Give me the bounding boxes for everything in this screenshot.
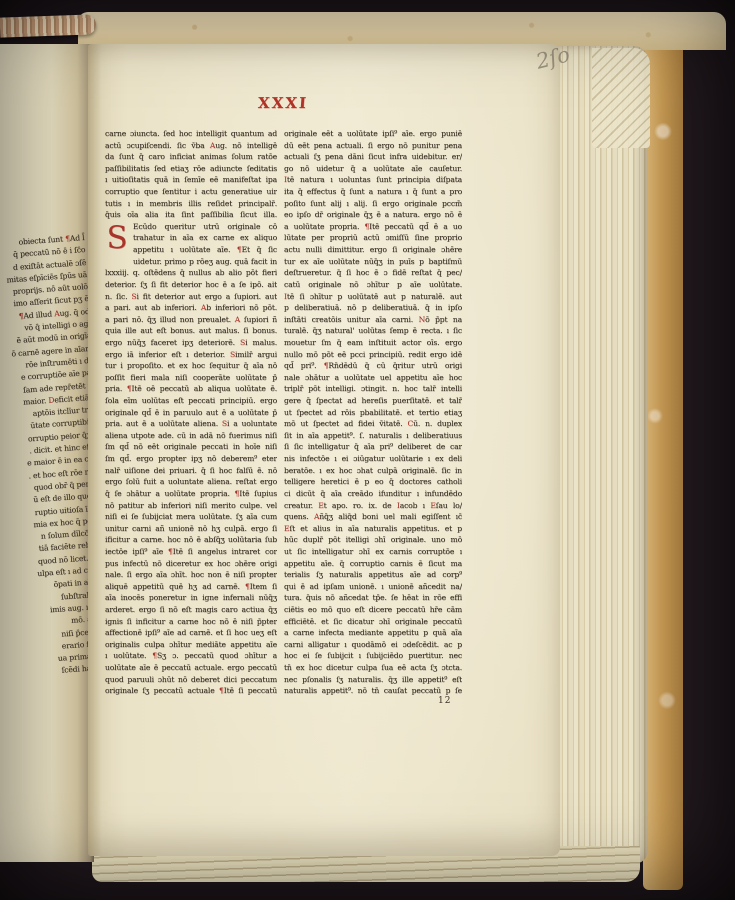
column-left-remaining-lines: uidetur. primo p rōeʒ aug. quā facit in … xyxy=(105,256,277,697)
endband-braid xyxy=(0,14,96,37)
fore-edge-page-stack xyxy=(552,46,648,864)
column-left-question-paragraph: S Ecūdo queritur utrū originale cōtrahat… xyxy=(105,221,277,697)
manuscript-page: XXXI carne ɔiuncta. ſed hoc intelligit q… xyxy=(88,44,560,856)
chapter-numeral-header: XXXI xyxy=(104,94,461,112)
column-left-lines-beside-initial: Ecūdo queritur utrū originale cōtrahatur… xyxy=(105,221,277,256)
text-column-left: carne ɔiuncta. ſed hoc intelligit quantu… xyxy=(105,128,277,697)
vellum-cover-right-edge xyxy=(643,28,683,890)
page-corner-stack xyxy=(592,48,650,148)
facing-page-text-fragments: obiecta ſunt ¶Ad l̄q̄ peccatū nō ē i ſc̄… xyxy=(0,232,94,685)
facing-page-edge: obiecta ſunt ¶Ad l̄q̄ peccatū nō ē i ſc̄… xyxy=(0,44,94,862)
column-left-opening-lines: carne ɔiuncta. ſed hoc intelligit quantu… xyxy=(105,128,277,221)
leaf-signature: 12 xyxy=(438,696,451,706)
text-column-right: originale eēt a uolūtate ipſi⁹ aīe. ergo… xyxy=(284,128,462,697)
text-block: carne ɔiuncta. ſed hoc intelligit quantu… xyxy=(105,128,462,697)
manuscript-photograph: obiecta ſunt ¶Ad l̄q̄ peccatū nō ē i ſc̄… xyxy=(0,0,735,900)
rubricated-initial: S xyxy=(105,222,129,256)
